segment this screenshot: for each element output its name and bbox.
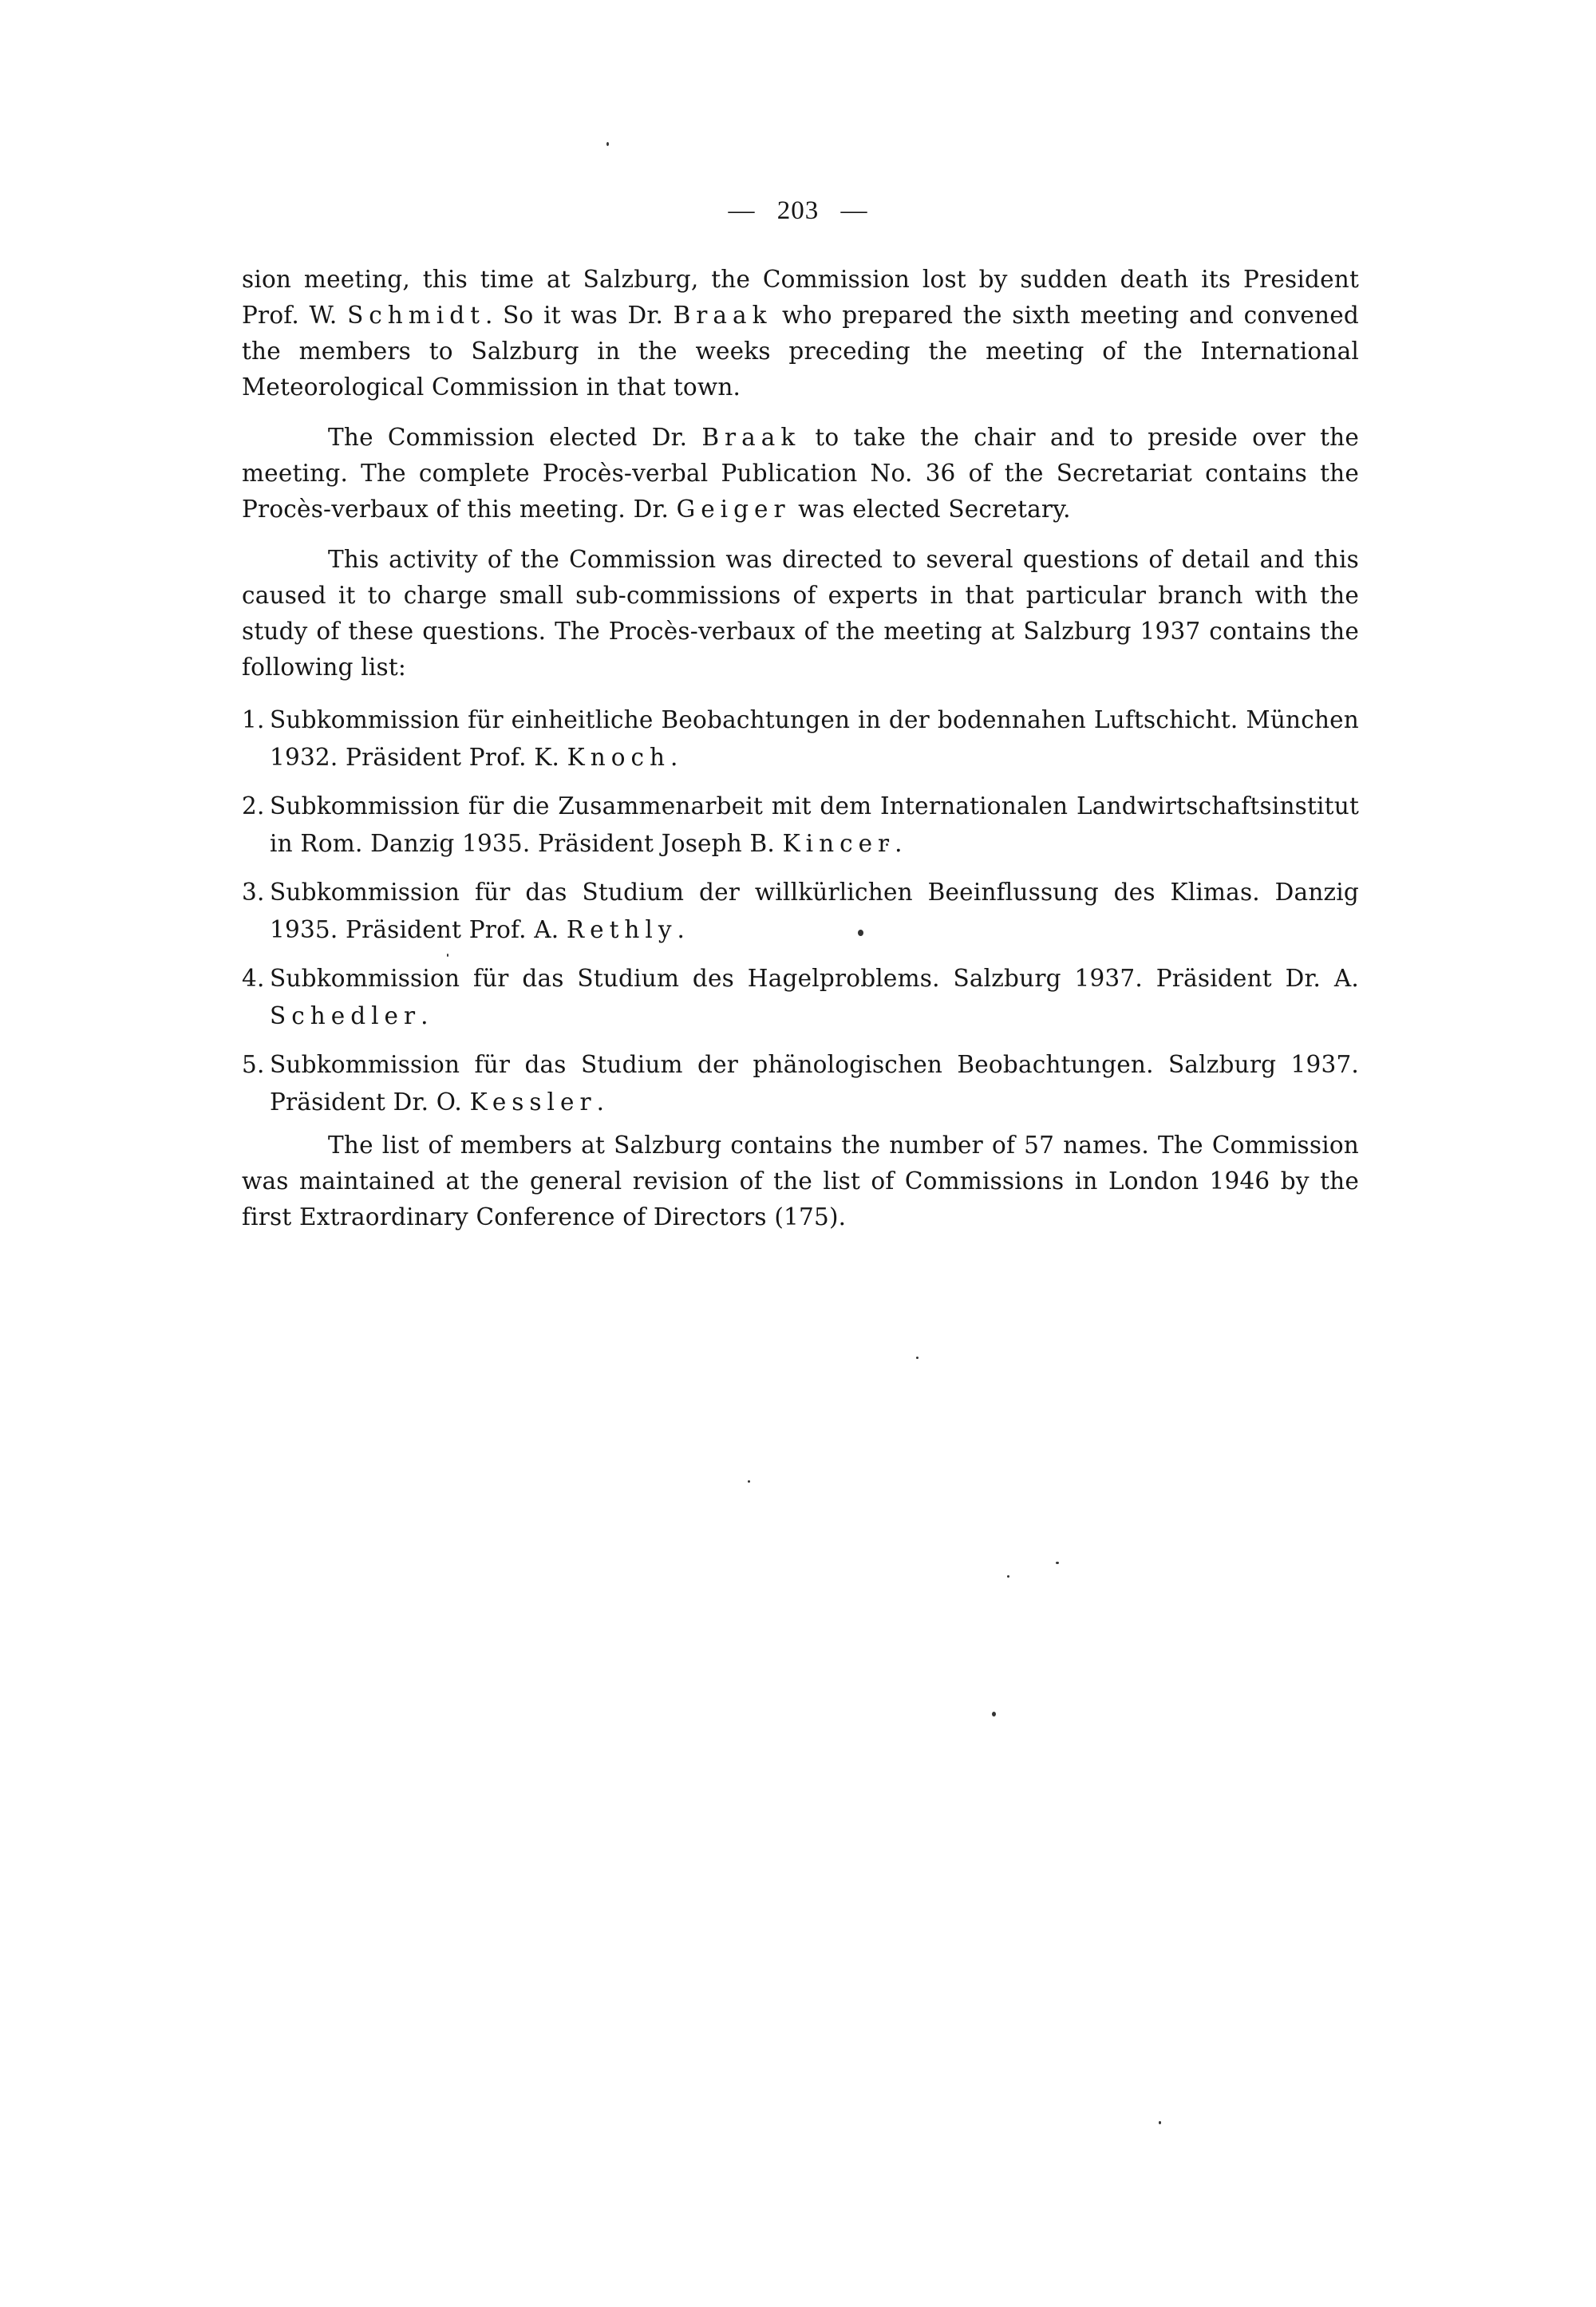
person-name: Braak [674,302,772,329]
person-name: Rethly [567,916,678,943]
scan-speck [748,1480,750,1483]
list-number: 5. [242,1046,265,1084]
subcommission-list: 1.Subkommission für einheitliche Beobach… [242,701,1359,1121]
text-run: . [421,1002,429,1029]
person-name: Kessler [470,1088,597,1116]
list-number: 1. [242,701,265,739]
page-number-value: 203 [777,196,820,225]
list-item: 4.Subkommission für das Studium des Hage… [242,960,1359,1035]
person-name: Knoch [567,744,670,771]
text-run: Subkommission für einheitliche Beobachtu… [270,706,1359,771]
text-run: . [597,1088,605,1116]
scan-speck [1007,1575,1009,1578]
scan-speck [1056,1562,1059,1564]
person-name: Schmidt [347,302,485,329]
scan-speck [886,843,888,846]
person-name: Kincer [783,830,895,857]
list-number: 2. [242,788,265,825]
text-run: Subkommission für das Studium der phänol… [270,1051,1359,1116]
list-item: 2.Subkommission für die Zusammenarbeit m… [242,788,1359,863]
body-text: sion meeting, this time at Salzburg, the… [242,262,1359,1235]
scan-speck [858,930,863,936]
text-run: . [670,744,678,771]
list-item: 5.Subkommission für das Studium der phän… [242,1046,1359,1121]
page-number-dash-right: — [841,196,868,226]
person-name: Geiger [677,496,791,523]
text-run: was elected Secretary. [791,496,1071,523]
scan-speck [606,142,609,146]
text-run: Subkommission für das Studium des Hagelp… [270,965,1359,992]
text-run: . So it was Dr. [485,302,674,329]
person-name: Braak [701,424,800,451]
document-page: — 203 — sion meeting, this time at Salzb… [0,0,1596,2307]
person-name: Schedler [270,1002,421,1029]
list-item: 1.Subkommission für einheitliche Beobach… [242,701,1359,776]
paragraph-continuation: sion meeting, this time at Salzburg, the… [242,262,1359,405]
list-number: 3. [242,874,265,911]
scan-speck [916,1357,918,1359]
page-number: — 203 — [0,196,1596,226]
paragraph-election: The Commission elected Dr. Braak to take… [242,420,1359,527]
list-item: 3.Subkommission für das Studium der will… [242,874,1359,949]
text-run: . [895,830,903,857]
page-number-dash-left: — [729,196,756,226]
scan-speck [447,954,448,957]
text-run: . [678,916,685,943]
scan-speck [1159,2121,1161,2124]
paragraph-members: The list of members at Salzburg contains… [242,1128,1359,1235]
scan-speck [992,1712,996,1716]
text-run: Subkommission für das Studium der willkü… [270,879,1359,943]
list-number: 4. [242,960,265,997]
paragraph-activity: This activity of the Commission was dire… [242,542,1359,685]
text-run: The Commission elected Dr. [328,424,701,451]
